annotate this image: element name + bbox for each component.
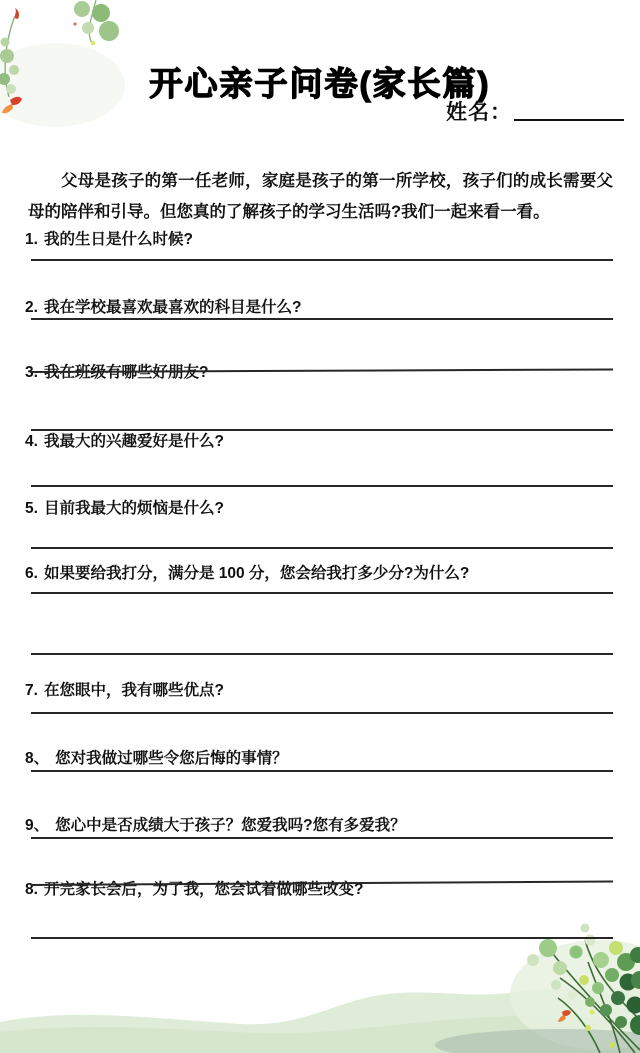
name-blank-line (514, 119, 624, 121)
question-item: 3.我在班级有哪些好朋友? (25, 363, 620, 383)
question-text: 我在学校最喜欢最喜欢的科目是什么? (44, 299, 301, 316)
question-number: 4. (25, 433, 38, 450)
question-number: 1. (25, 231, 38, 248)
question-number: 9、 (25, 817, 49, 834)
answer-line (31, 770, 613, 772)
question-text: 我最大的兴趣爱好是什么? (44, 433, 224, 450)
watercolor-plant-bottom-decoration (0, 900, 640, 1053)
question-number: 2. (25, 299, 38, 316)
question-item: 9、您心中是否成绩大于孩子？您爱我吗?您有多爱我？ (25, 816, 620, 836)
question-item: 1.我的生日是什么时候? (25, 230, 620, 250)
name-field: 姓名： (446, 96, 624, 126)
name-label: 姓名： (446, 96, 512, 126)
question-text: 我的生日是什么时候? (44, 231, 193, 248)
question-item: 4.我最大的兴趣爱好是什么? (25, 432, 620, 452)
worksheet-page: 开心亲子问卷(家长篇) 姓名： 父母是孩子的第一任老师，家庭是孩子的第一所学校，… (0, 0, 640, 1053)
answer-line (31, 653, 613, 655)
question-number: 5. (25, 500, 38, 517)
answer-line (31, 259, 613, 261)
answer-line (31, 547, 613, 549)
question-number: 6. (25, 565, 38, 582)
question-item: 7.在您眼中，我有哪些优点? (25, 681, 620, 701)
answer-line (31, 712, 613, 714)
question-number: 8、 (25, 750, 49, 767)
question-text: 目前我最大的烦恼是什么? (44, 500, 224, 517)
question-item: 5.目前我最大的烦恼是什么? (25, 499, 620, 519)
question-text: 您对我做过哪些令您后悔的事情？ (55, 750, 288, 767)
answer-line (31, 937, 613, 939)
question-item: 8、您对我做过哪些令您后悔的事情？ (25, 749, 620, 769)
red-bud-icon (14, 8, 19, 19)
answer-line (31, 837, 613, 839)
goldfish-icon (558, 1010, 571, 1022)
intro-paragraph: 父母是孩子的第一任老师，家庭是孩子的第一所学校，孩子们的成长需要父母的陪伴和引导… (28, 166, 613, 228)
answer-line (31, 485, 613, 487)
question-text: 在您眼中，我有哪些优点? (44, 682, 224, 699)
question-text: 您心中是否成绩大于孩子？您爱我吗?您有多爱我？ (55, 817, 405, 834)
answer-line (31, 592, 613, 594)
question-number: 7. (25, 682, 38, 699)
question-text: 如果要给我打分，满分是 100 分，您会给我打多少分?为什么? (44, 565, 469, 582)
answer-line (31, 429, 613, 431)
question-item: 2.我在学校最喜欢最喜欢的科目是什么? (25, 298, 620, 318)
question-item: 6.如果要给我打分，满分是 100 分，您会给我打多少分?为什么? (25, 564, 620, 584)
answer-line (31, 318, 613, 320)
